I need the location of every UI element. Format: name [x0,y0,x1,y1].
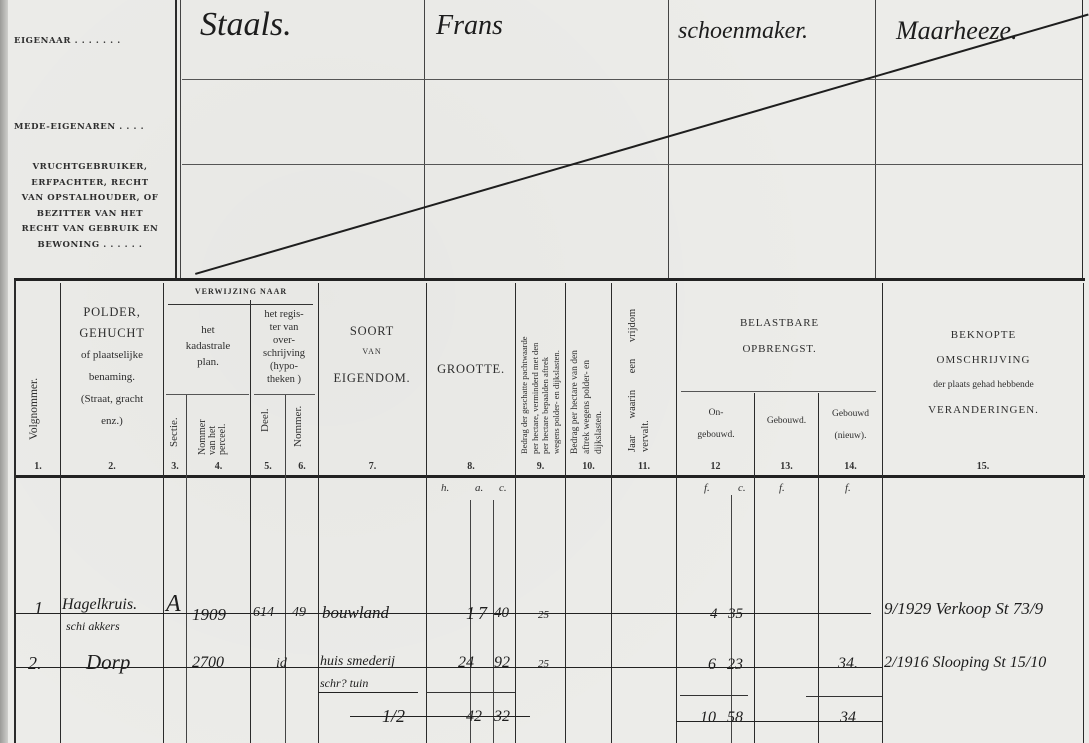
row-perceel: 2700 [192,654,224,672]
owner-surname: Staals. [200,6,292,44]
owner-residence: Maarheeze. [896,16,1018,46]
column-number: 7. [319,461,426,472]
column-number: 13. [755,461,818,472]
col-line [318,283,319,743]
col-line [186,395,187,743]
column-number: 3. [164,461,186,472]
unit-guilder: f. [845,482,851,494]
header-verwijzing-naar: VERWIJZING NAAR [165,287,317,296]
column-number: 14. [819,461,882,472]
col-line [882,283,883,743]
row-grootte-a: 24 [458,654,474,672]
header-jaar-vrijdom: Jaar waarin een vrijdom vervalt. [626,309,652,452]
header-gebouwd: Gebouwd. [755,416,818,426]
owner-divider-left-inner [180,0,181,279]
header-register-hypotheken: het regis- ter van over- schrijving (hyp… [251,308,317,386]
owner-given-name: Frans [436,10,503,42]
column-number: 12 [677,461,754,472]
column-number: 8. [427,461,515,472]
header-ongebouwd: On- gebouwd. [678,402,754,446]
row-ongebouwd-f: 6 [708,656,716,674]
label-vruchtgebruiker: VRUCHTGEBRUIKER, ERFPACHTER, RECHT VAN O… [12,160,168,253]
header-volgnommer: Volgnommer. [28,378,40,440]
row-ongebouwd-c: 23 [727,656,743,674]
unit-are: a. [475,482,483,494]
table-top-border [14,278,1085,281]
column-number: 1. [16,461,60,472]
column-number: 6. [286,461,318,472]
row-volgnummer: 2. [28,653,42,674]
owner-col-divider [424,0,425,278]
col-line [565,283,566,743]
row-veranderingen: 9/1929 Verkoop St 73/9 [884,599,1043,619]
owner-occupation: schoenmaker. [678,18,808,45]
col-line [285,395,286,743]
total-gebouwd-nieuw: 34 [840,709,856,727]
row-polder: Hagelkruis. [62,596,137,614]
belastbare-rule [681,391,876,392]
header-deel: Deel. [259,408,271,432]
column-number: 10. [566,461,611,472]
header-soort-eigendom: SOORT VAN EIGENDOM. [320,322,424,392]
col-line [611,283,612,743]
owner-divider-left [175,0,177,279]
col-line [426,283,427,743]
row-gebouwd-nieuw: 34. [838,655,858,673]
col-line [60,283,61,743]
col-line [163,283,164,743]
total-grootte-a: 42 [466,708,482,726]
unit-hectare: h. [441,482,449,494]
register-rule [254,394,315,395]
header-gebouwd-nieuw: Gebouwd (nieuw). [819,403,882,447]
col-line [515,283,516,743]
label-mede-eigenaren: MEDE-EIGENAREN . . . . [14,122,144,132]
column-number: 9. [516,461,565,472]
row-strike-line [318,692,418,693]
row-bedrag: 25 [538,658,549,670]
row-ongebouwd-c: 35 [728,606,743,623]
binding-shadow [0,0,8,743]
row-perceel: 1909 [192,605,226,625]
header-bottom-border [14,475,1085,478]
total-strike-line [350,716,530,717]
header-kadastrale-plan: het kadastrale plan. [166,322,250,370]
row-bedrag: 25 [538,609,549,621]
column-number: 11. [612,461,676,472]
owner-col-divider [875,0,876,278]
owner-row-divider [182,164,1082,165]
verwijzing-rule [168,304,313,305]
column-number: 2. [62,461,162,472]
col-line [676,283,677,743]
row-ongebouwd-f: 4 [710,606,718,623]
cadastral-register-page: EIGENAAR . . . . . . . MEDE-EIGENAREN . … [0,0,1089,743]
row-deel: id [276,656,287,672]
header-beknopte-omschrijving: BEKNOPTE OMSCHRIJVING der plaats gehad h… [884,323,1083,423]
header-polder: POLDER, GEHUCHT of plaatselijke benaming… [62,302,162,432]
row-polder: Dorp [86,650,130,675]
row-polder-line2: schi akkers [66,619,120,634]
owner-row-divider [182,79,1082,80]
total-ongebouwd-c: 58 [727,709,743,727]
header-grootte: GROOTTE. [428,362,514,377]
column-number: 15. [883,461,1083,472]
row-soort-line2: schr? tuin [320,676,368,691]
total-rule [426,692,515,693]
header-bedrag-pachtwaarde: Bedrag der geschatte pachtwaarde per hec… [519,336,561,454]
column-number: 4. [187,461,250,472]
unit-guilder: f. [779,482,785,494]
header-nommer: Nommer. [292,406,304,447]
row-strike-line [16,613,871,614]
unit-cent: c. [738,482,746,494]
row-strike-line [16,667,882,668]
table-right-edge [1083,283,1084,743]
total-grootte-c: 32 [494,708,510,726]
row-grootte-c: 92 [494,654,510,672]
col-line [754,393,755,743]
row-volgnummer: 1 [34,598,43,619]
kadastrale-rule [166,394,249,395]
cancellation-stroke [195,14,1089,275]
header-belastbare-opbrengst: BELASTBARE OPBRENGST. [678,310,881,362]
header-sectie: Sectie. [168,417,180,447]
total-ongebouwd-f: 10 [700,709,716,727]
total-strike-line [676,721,882,722]
header-bedrag-aftrek: Bedrag per hectare van den aftrek wegens… [569,350,605,454]
total-rule [806,696,882,697]
row-veranderingen: 2/1916 Slooping St 15/10 [884,654,1046,672]
owner-col-divider [668,0,669,278]
owner-right-edge [1082,0,1083,278]
total-rule [680,695,748,696]
unit-centiare: c. [499,482,507,494]
table-left-edge [14,280,16,743]
column-number: 5. [251,461,285,472]
unit-guilder: f. [704,482,710,494]
label-eigenaar: EIGENAAR . . . . . . . [14,36,121,46]
header-nommer-perceel: Nommer van het perceel. [198,419,228,455]
